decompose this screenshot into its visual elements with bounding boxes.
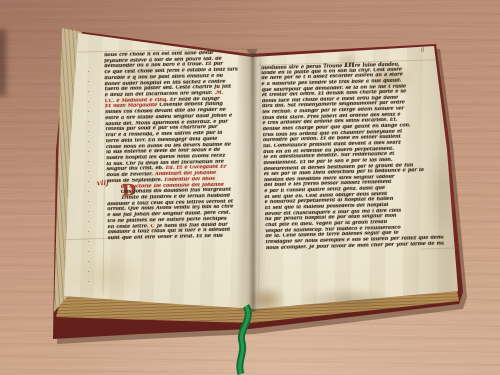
manuscript-photo: viij D nous cre chose li en est oint san…	[0, 0, 500, 375]
rubric-text: Endentur del bhos	[164, 176, 214, 183]
parchment-mottle	[70, 252, 145, 300]
table-edge-shadow	[0, 30, 6, 96]
left-page-text-block: viij D nous cre chose li en est oint san…	[104, 50, 255, 242]
pricking-marks	[88, 62, 89, 290]
right-page-text-block: 8 mesluons sire e perus Troune Ihre luin…	[261, 60, 444, 251]
parchment-stain	[300, 288, 395, 312]
ribbon-bookmark	[228, 302, 272, 375]
rubric-text: .M.	[215, 90, 224, 96]
folio-number: 8	[421, 48, 425, 54]
